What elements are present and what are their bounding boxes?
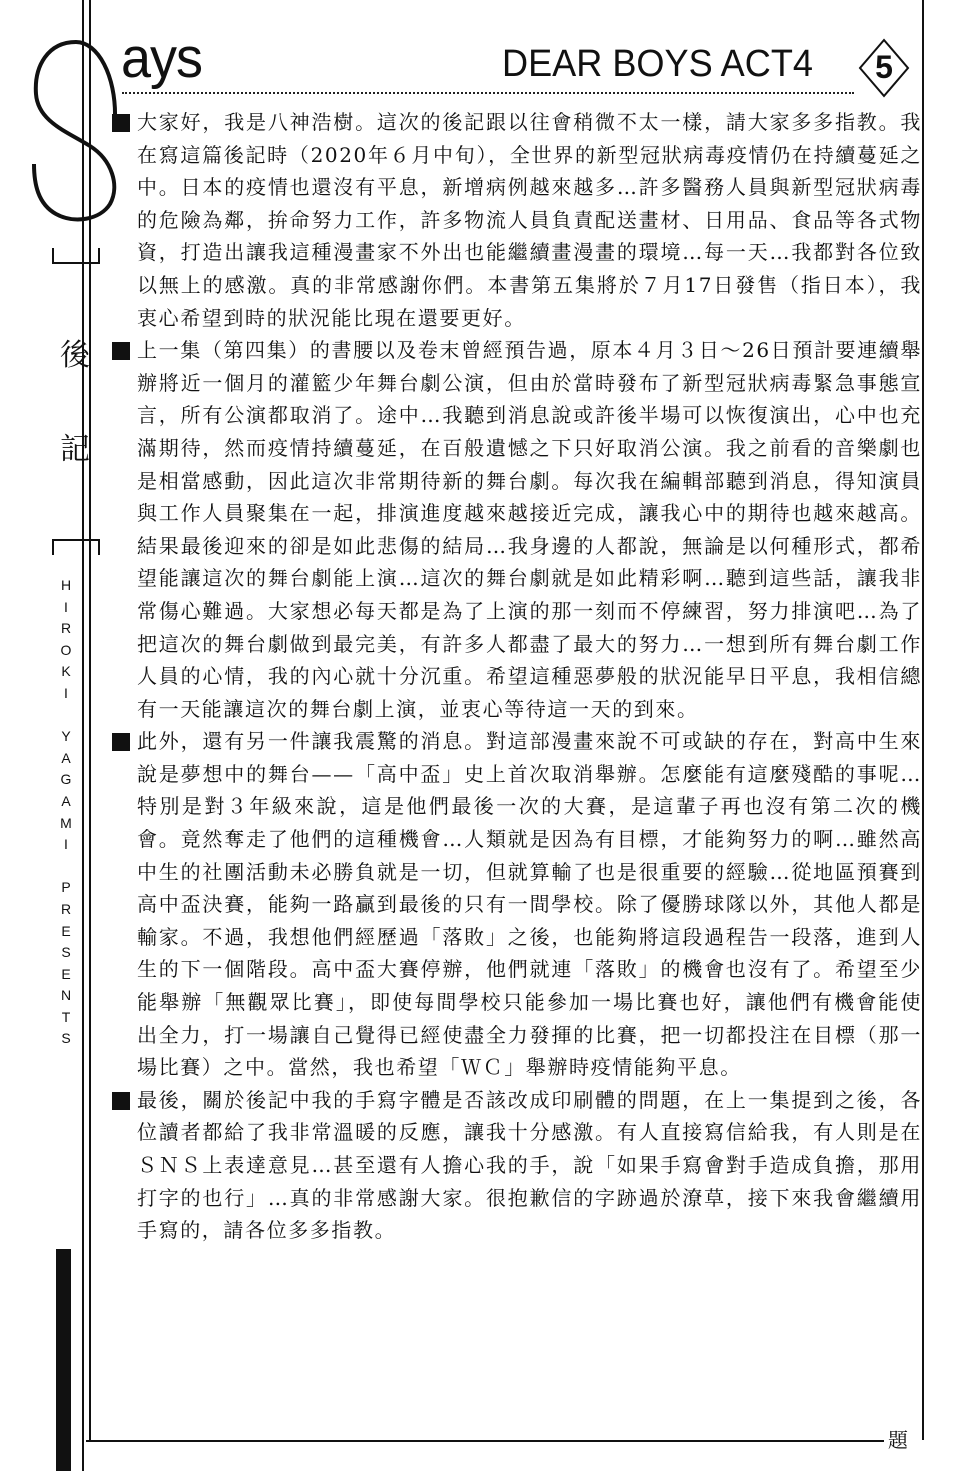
volume-number: 5 — [858, 44, 910, 90]
sidebar-kanji-top: 後 — [55, 338, 95, 374]
corner-label: 題 — [888, 1425, 908, 1455]
sidebar-kanji-bottom: 記 — [55, 432, 95, 468]
frame-bottom-line — [86, 1440, 884, 1442]
author-vertical-text: H I R O K I Y A G A M I P R E S E N T S — [58, 575, 74, 1050]
says-s-logo-icon — [28, 36, 124, 222]
sidebar-bracket-bottom — [52, 539, 100, 555]
series-title: DEAR BOYS ACT4 — [502, 40, 813, 88]
afterword-body: 大家好，我是八神浩樹。這次的後記跟以往會稍微不太一樣，請大家多多指教。我在寫這篇… — [112, 106, 922, 1247]
square-bullet-icon — [112, 1092, 130, 1110]
sidebar-bracket-top — [52, 248, 100, 264]
frame-right-line — [922, 0, 924, 1440]
paragraph-1: 大家好，我是八神浩樹。這次的後記跟以往會稍微不太一樣，請大家多多指教。我在寫這篇… — [112, 106, 922, 334]
square-bullet-icon — [112, 342, 130, 360]
square-bullet-icon — [112, 114, 130, 132]
square-bullet-icon — [112, 733, 130, 751]
sidebar-black-bar — [56, 1249, 71, 1471]
paragraph-2: 上一集（第四集）的書腰以及卷末曾經預告過，原本４月３日～26日預計要連續舉辦將近… — [112, 334, 922, 725]
paragraph-3: 此外，還有另一件讓我震驚的消息。對這部漫畫來說不可或缺的存在，對高中生來說是夢想… — [112, 725, 922, 1084]
says-heading: ays — [121, 27, 202, 90]
paragraph-4: 最後，關於後記中我的手寫字體是否該改成印刷體的問題，在上一集提到之後，各位讀者都… — [112, 1084, 922, 1247]
header-dotted-rule — [122, 92, 854, 94]
